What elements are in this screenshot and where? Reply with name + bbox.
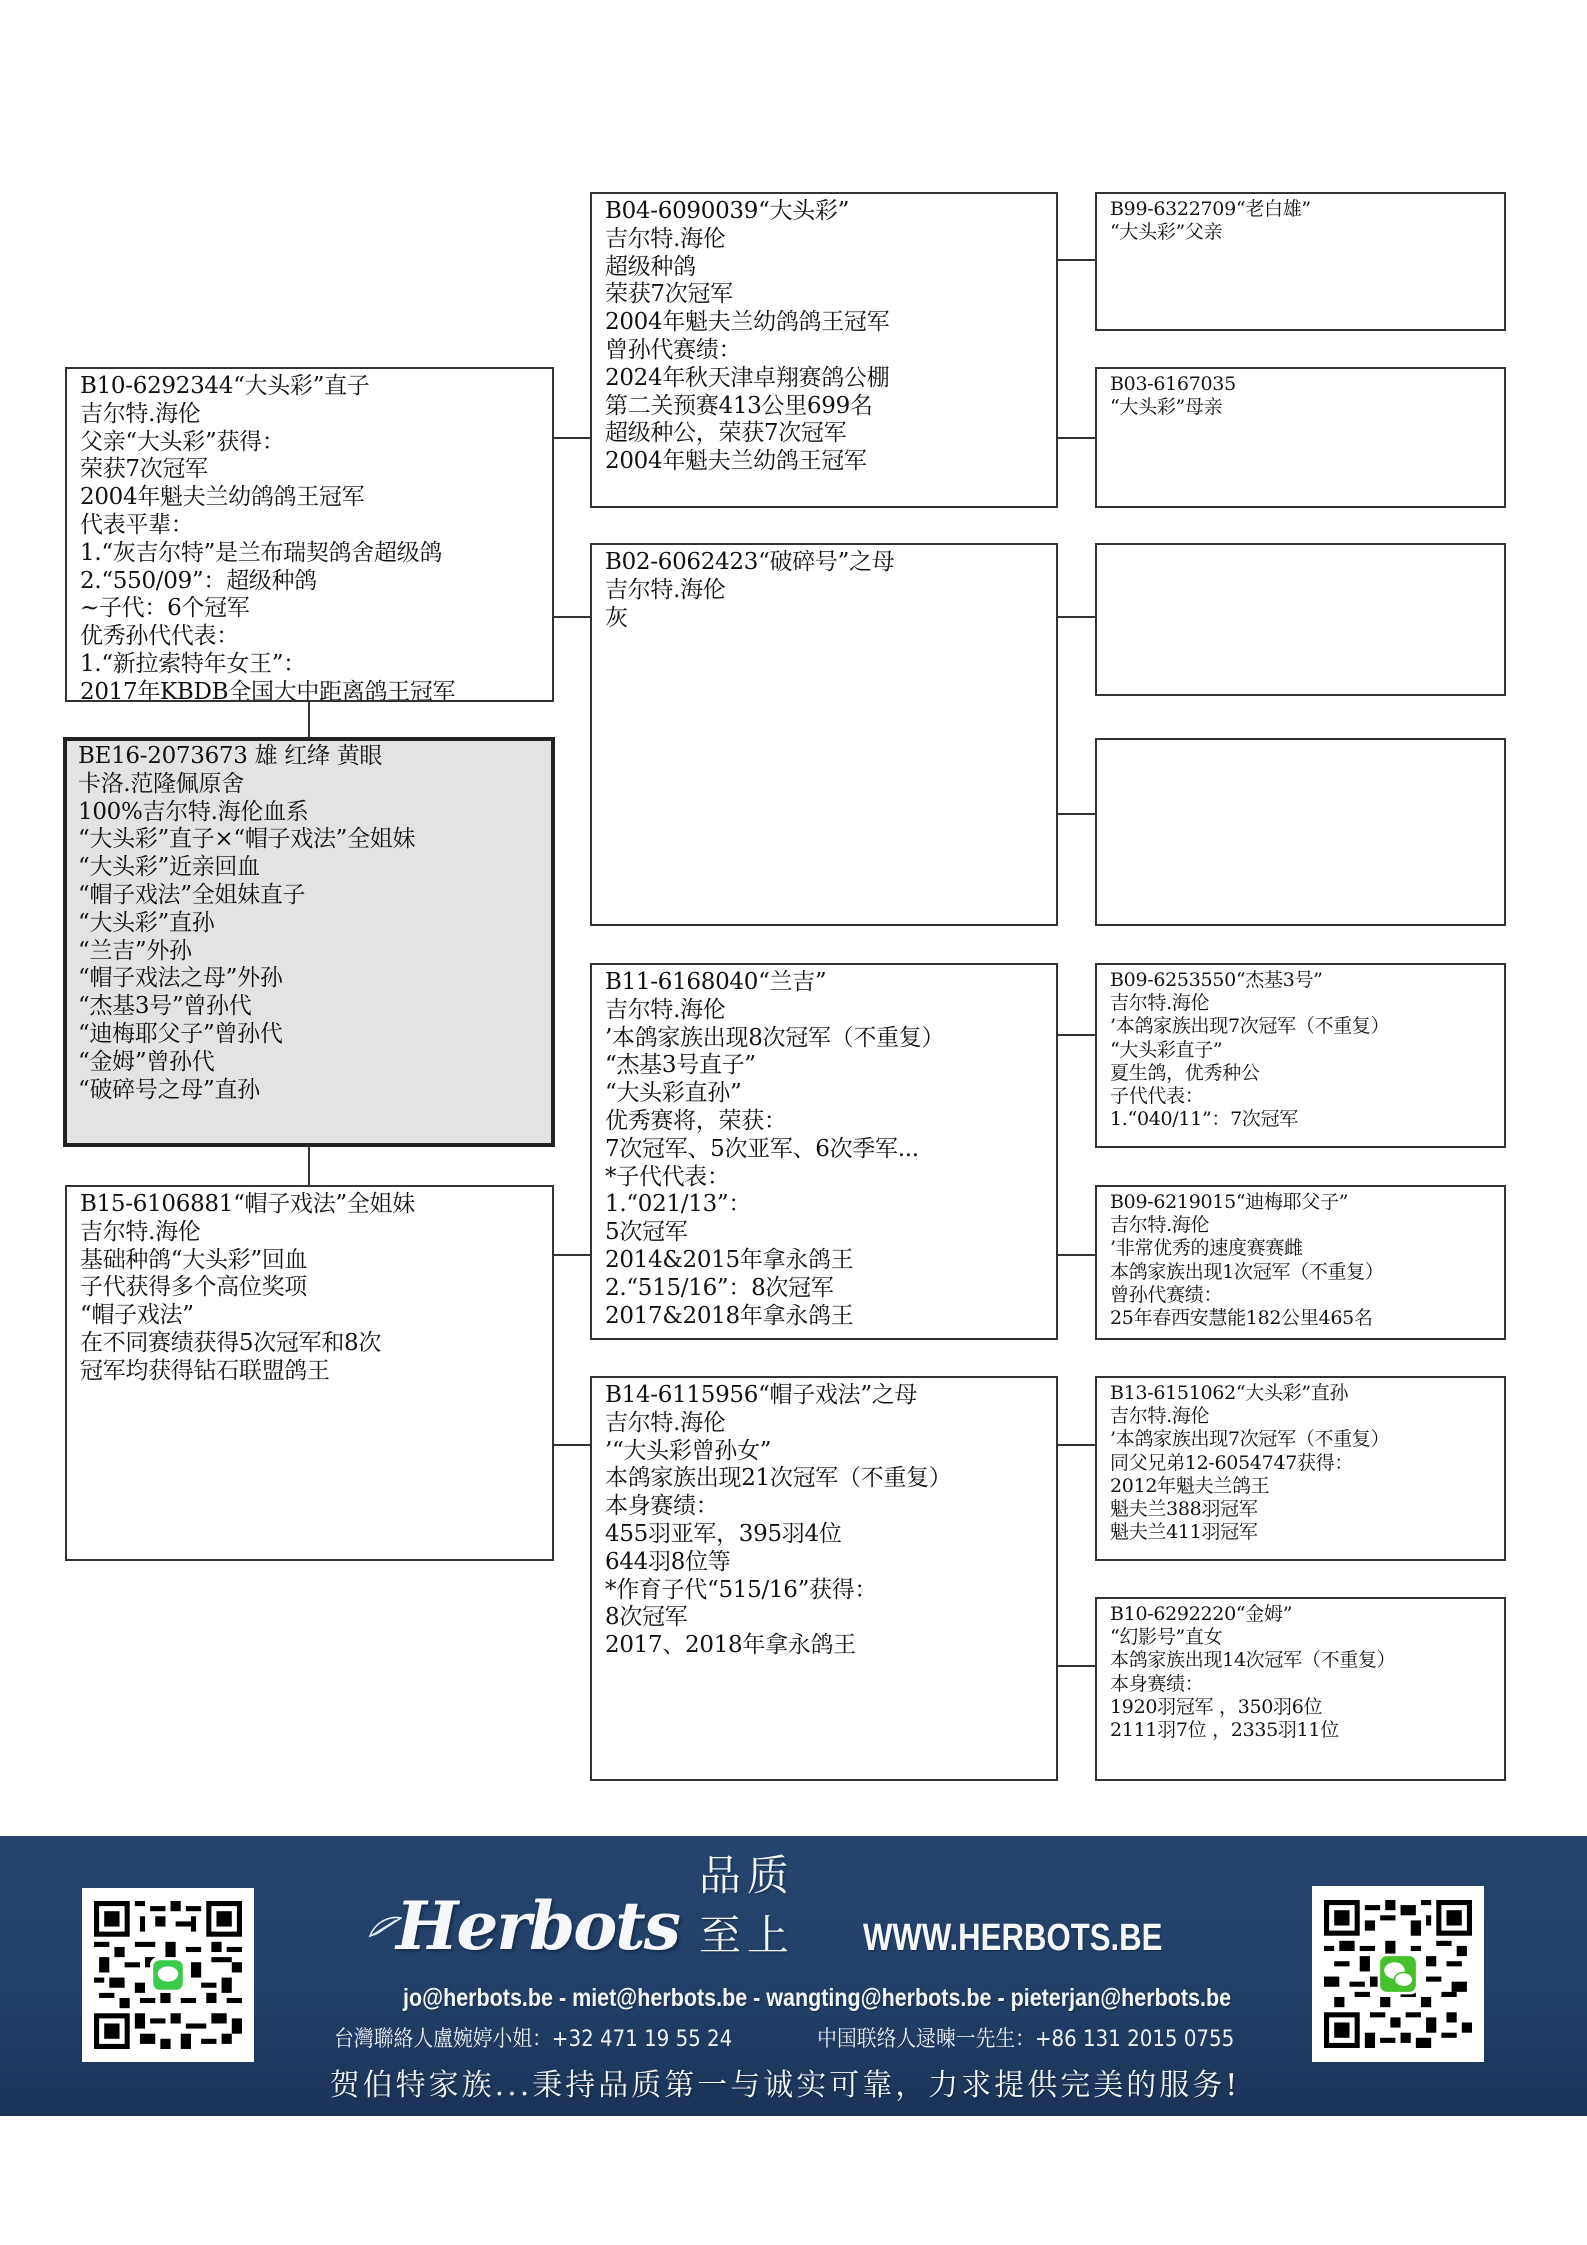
pedigree-line: “兰吉”外孙 (78, 938, 541, 966)
pedigree-line: B13-6151062“大头彩”直孙 (1110, 1382, 1492, 1405)
herbots-logo: Herbots (368, 1886, 679, 1966)
pedigree-line: “金姆”曾孙代 (78, 1049, 541, 1077)
pedigree-line: 1.“灰吉尔特”是兰布瑞契鸽舍超级鸽 (80, 540, 540, 568)
dam-dam-card: B14-6115956“帽子戏法”之母吉尔特.海伦’“大头彩曾孙女”本鸽家族出现… (590, 1376, 1058, 1781)
pedigree-line: 2017年KBDB全国大中距离鸽王冠军 (80, 679, 540, 702)
connector-line (1057, 1254, 1095, 1256)
pedigree-line: 2004年魁夫兰幼鸽鸽王冠军 (605, 309, 1044, 337)
connector-line (1057, 259, 1095, 261)
pedigree-line: “帽子戏法之母”外孙 (78, 965, 541, 993)
subject-pigeon-card: BE16-2073673 雄 红绛 黄眼卡洛.范隆佩原舍100%吉尔特.海伦血系… (63, 737, 555, 1147)
pedigree-line: 644羽8位等 (605, 1549, 1044, 1577)
pedigree-line: 2017&2018年拿永鸽王 (605, 1303, 1044, 1331)
pedigree-line: 2004年魁夫兰幼鸽鸽王冠军 (80, 484, 540, 512)
pedigree-line: “杰基3号”曾孙代 (78, 993, 541, 1021)
pedigree-line: 第二关预赛413公里699名 (605, 393, 1044, 421)
pedigree-line: 本身赛绩： (605, 1493, 1044, 1521)
pedigree-line: B09-6219015“迪梅耶父子” (1110, 1191, 1492, 1214)
connector-line (553, 616, 590, 618)
pedigree-line: 8次冠军 (605, 1604, 1044, 1632)
pedigree-line: “幻影号”直女 (1110, 1626, 1492, 1649)
pedigree-line: 2004年魁夫兰幼鸽王冠军 (605, 448, 1044, 476)
dam-sire-card: B11-6168040“兰吉”吉尔特.海伦’本鸽家族出现8次冠军（不重复） “杰… (590, 963, 1058, 1340)
pedigree-line: 基础种鸽“大头彩”回血 (80, 1247, 540, 1275)
pedigree-line: 1.“新拉索特年女王”： (80, 651, 540, 679)
pedigree-line: B09-6253550“杰基3号” (1110, 969, 1492, 992)
pedigree-line: 冠军均获得钻石联盟鸽王 (80, 1358, 540, 1386)
pedigree-line: 2014&2015年拿永鸽王 (605, 1247, 1044, 1275)
pedigree-line: 灰 (605, 605, 1044, 633)
connector-line (553, 1254, 590, 1256)
pedigree-line: 吉尔特.海伦 (80, 401, 540, 429)
dss-card: B09-6253550“杰基3号”吉尔特.海伦’本鸽家族出现7次冠军（不重复） … (1095, 963, 1506, 1148)
connector-line (1057, 1444, 1095, 1446)
pedigree-line: 2024年秋天津卓翔赛鸽公棚 (605, 365, 1044, 393)
pedigree-line: “大头彩”直子×“帽子戏法”全姐妹 (78, 826, 541, 854)
pedigree-line: 25年春西安慧能182公里465名 (1110, 1307, 1492, 1330)
pedigree-line: 荣获7次冠军 (605, 281, 1044, 309)
pedigree-line: 1920羽冠军 ，350羽6位 (1110, 1696, 1492, 1719)
pedigree-line: 在不同赛绩获得5次冠军和8次 (80, 1330, 540, 1358)
pedigree-line: 同父兄弟12-6054747获得： (1110, 1452, 1492, 1475)
pedigree-line: BE16-2073673 雄 红绛 黄眼 (78, 743, 541, 771)
footer-banner: Herbots 品质至上 WWW.HERBOTS.BE jo@herbots.b… (0, 1836, 1587, 2116)
pedigree-line: 夏生鸽，优秀种公 (1110, 1062, 1492, 1085)
pedigree-line: 荣获7次冠军 (80, 456, 540, 484)
connector-line (1057, 1665, 1095, 1667)
phone-contacts: 台灣聯絡人盧婉婷小姐：+32 471 19 55 24 中国联络人逯暕一先生：+… (285, 2022, 1285, 2053)
pedigree-line: 卡洛.范隆佩原舍 (78, 771, 541, 799)
pedigree-line: B14-6115956“帽子戏法”之母 (605, 1382, 1044, 1410)
pedigree-line: 2111羽7位 ，2335羽11位 (1110, 1719, 1492, 1742)
pedigree-line: 曾孙代赛绩： (1110, 1284, 1492, 1307)
taiwan-contact: 台灣聯絡人盧婉婷小姐：+32 471 19 55 24 (334, 2022, 732, 2053)
pedigree-line: 魁夫兰411羽冠军 (1110, 1521, 1492, 1544)
pedigree-line: 吉尔特.海伦 (1110, 1405, 1492, 1428)
pedigree-line: “大头彩”父亲 (1110, 221, 1492, 244)
pedigree-line: 代表平辈： (80, 512, 540, 540)
line-qr-code[interactable] (82, 1888, 254, 2062)
connector-line (308, 701, 310, 738)
pedigree-line: 吉尔特.海伦 (80, 1219, 540, 1247)
pedigree-line: 吉尔特.海伦 (605, 577, 1044, 605)
pedigree-line: B03-6167035 (1110, 373, 1492, 396)
connector-line (1057, 1034, 1095, 1036)
pedigree-line: 本鸽家族出现21次冠军（不重复） (605, 1465, 1044, 1493)
pedigree-line: 魁夫兰388羽冠军 (1110, 1498, 1492, 1521)
wechat-qr-code[interactable] (1312, 1886, 1484, 2062)
dds-card: B13-6151062“大头彩”直孙吉尔特.海伦’本鸽家族出现7次冠军（不重复）… (1095, 1376, 1506, 1561)
pedigree-line: 吉尔特.海伦 (605, 226, 1044, 254)
pedigree-line: “大头彩直子” (1110, 1039, 1492, 1062)
pedigree-line: B10-6292220“金姆” (1110, 1603, 1492, 1626)
ddd-card: B10-6292220“金姆” “幻影号”直女本鸽家族出现14次冠军（不重复）本… (1095, 1597, 1506, 1781)
pedigree-line: 优秀孙代代表： (80, 623, 540, 651)
pedigree-line: B15-6106881“帽子戏法”全姐妹 (80, 1191, 540, 1219)
pedigree-line: 曾孙代赛绩： (605, 337, 1044, 365)
pedigree-line: 本鸽家族出现1次冠军（不重复） (1110, 1261, 1492, 1284)
dam-card: B15-6106881“帽子戏法”全姐妹吉尔特.海伦基础种鸽“大头彩”回血子代获… (65, 1185, 554, 1561)
pedigree-line: “帽子戏法”全姐妹直子 (78, 882, 541, 910)
sire-dam-card: B02-6062423“破碎号”之母吉尔特.海伦灰 (590, 543, 1058, 926)
pedigree-line: 1.“021/13”： (605, 1191, 1044, 1219)
pedigree-line: B02-6062423“破碎号”之母 (605, 549, 1044, 577)
china-contact: 中国联络人逯暕一先生：+86 131 2015 0755 (818, 2022, 1235, 2053)
pedigree-line: 455羽亚军，395羽4位 (605, 1521, 1044, 1549)
pedigree-line: 2017、2018年拿永鸽王 (605, 1632, 1044, 1660)
pedigree-line: 超级种鸽 (605, 254, 1044, 282)
pedigree-line: ~子代：6个冠军 (80, 595, 540, 623)
connector-line (308, 1146, 310, 1186)
pedigree-line: “大头彩直孙” (605, 1080, 1044, 1108)
website-link[interactable]: WWW.HERBOTS.BE (863, 1910, 1162, 1966)
pedigree-line: “迪梅耶父子”曾孙代 (78, 1021, 541, 1049)
pedigree-line: ’本鸽家族出现7次冠军（不重复） (1110, 1015, 1492, 1038)
pedigree-line: 本鸽家族出现14次冠军（不重复） (1110, 1649, 1492, 1672)
pedigree-line: B99-6322709“老白雄” (1110, 198, 1492, 221)
connector-line (553, 437, 590, 439)
contact-emails[interactable]: jo@herbots.be - miet@herbots.be - wangti… (403, 1984, 1177, 2013)
brand-header: Herbots 品质至上 WWW.HERBOTS.BE (368, 1876, 1228, 1966)
pedigree-line: 父亲“大头彩”获得： (80, 429, 540, 457)
connector-line (1057, 616, 1095, 618)
dsd-card: B09-6219015“迪梅耶父子”吉尔特.海伦’非常优秀的速度赛赛雌本鸽家族出… (1095, 1185, 1506, 1340)
company-motto: 贺伯特家族...秉持品质第一与诚实可靠，力求提供完美的服务! (285, 2060, 1285, 2104)
pedigree-line: 2.“515/16”：8次冠军 (605, 1275, 1044, 1303)
pedigree-line: 1.“040/11”：7次冠军 (1110, 1108, 1492, 1131)
pedigree-line: 2012年魁夫兰鸽王 (1110, 1475, 1492, 1498)
qr-pattern-icon (1324, 1898, 1472, 2050)
pedigree-line: 2.“550/09”：超级种鸽 (80, 568, 540, 596)
pedigree-line: 吉尔特.海伦 (1110, 1214, 1492, 1237)
sds-card (1095, 543, 1506, 696)
pedigree-line: ’本鸽家族出现7次冠军（不重复） (1110, 1428, 1492, 1451)
qr-pattern-icon (94, 1900, 242, 2050)
pedigree-line: “大头彩”近亲回血 (78, 854, 541, 882)
feather-icon (368, 1916, 402, 1938)
pedigree-line: B11-6168040“兰吉” (605, 969, 1044, 997)
pedigree-line: 超级种公，荣获7次冠军 (605, 420, 1044, 448)
pedigree-line: 5次冠军 (605, 1219, 1044, 1247)
pedigree-line: “大头彩”直孙 (78, 910, 541, 938)
pedigree-line: “帽子戏法” (80, 1302, 540, 1330)
pedigree-line: *作育子代“515/16”获得： (605, 1577, 1044, 1605)
pedigree-line: 吉尔特.海伦 (605, 997, 1044, 1025)
pedigree-line: 吉尔特.海伦 (605, 1410, 1044, 1438)
sss-card: B99-6322709“老白雄” “大头彩”父亲 (1095, 192, 1506, 331)
connector-line (1057, 437, 1095, 439)
pedigree-line: “大头彩”母亲 (1110, 396, 1492, 419)
pedigree-line: 子代代表： (1110, 1085, 1492, 1108)
pedigree-line: ’非常优秀的速度赛赛雌 (1110, 1237, 1492, 1260)
pedigree-line: “破碎号之母”直孙 (78, 1077, 541, 1105)
pedigree-line: 本身赛绩： (1110, 1673, 1492, 1696)
pedigree-line: 7次冠军、5次亚军、6次季军... (605, 1136, 1044, 1164)
connector-line (553, 1444, 590, 1446)
pedigree-line: *子代代表： (605, 1164, 1044, 1192)
pedigree-line: “杰基3号直子” (605, 1052, 1044, 1080)
sire-sire-card: B04-6090039“大头彩”吉尔特.海伦超级种鸽荣获7次冠军2004年魁夫兰… (590, 192, 1058, 508)
sdd-card (1095, 738, 1506, 926)
pedigree-line: 100%吉尔特.海伦血系 (78, 799, 541, 827)
pedigree-line: ’本鸽家族出现8次冠军（不重复） (605, 1025, 1044, 1053)
pedigree-line: B04-6090039“大头彩” (605, 198, 1044, 226)
ssd-card: B03-6167035 “大头彩”母亲 (1095, 367, 1506, 508)
pedigree-line: B10-6292344“大头彩”直子 (80, 373, 540, 401)
sire-card: B10-6292344“大头彩”直子吉尔特.海伦父亲“大头彩”获得：荣获7次冠军… (65, 367, 554, 702)
pedigree-line: 子代获得多个高位奖项 (80, 1274, 540, 1302)
pedigree-line: 优秀赛将，荣获： (605, 1108, 1044, 1136)
pedigree-line: ’“大头彩曾孙女” (605, 1438, 1044, 1466)
pedigree-line: 吉尔特.海伦 (1110, 992, 1492, 1015)
brand-slogan: 品质至上 (699, 1846, 843, 1966)
connector-line (1057, 813, 1095, 815)
